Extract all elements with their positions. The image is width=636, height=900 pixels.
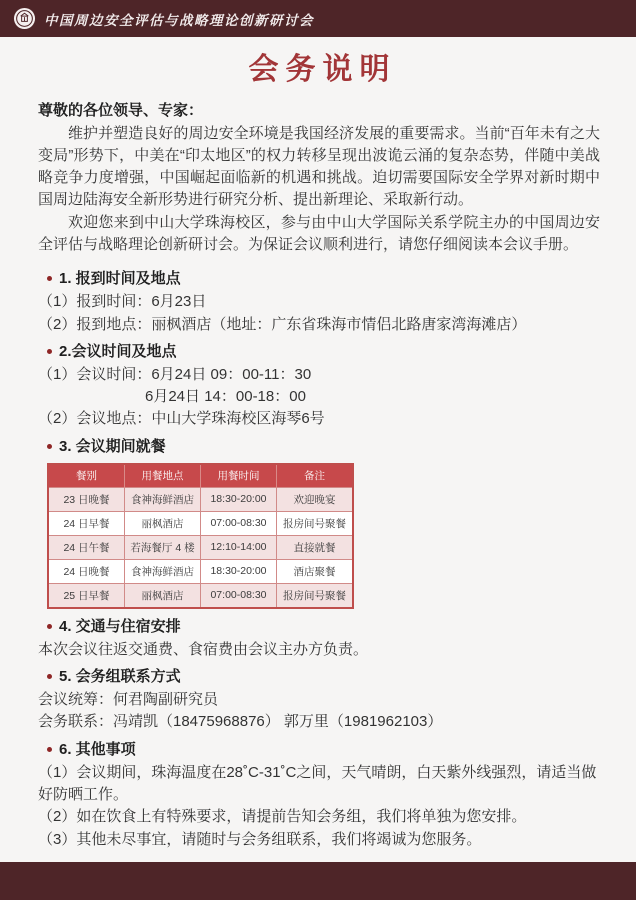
- section-heading-label: 4. 交通与住宿安排: [59, 616, 181, 637]
- section-heading-label: 1. 报到时间及地点: [59, 268, 181, 289]
- bullet-icon: [47, 624, 52, 629]
- section-line: （1）会议时间：6月24日 09：00-11：30: [38, 364, 600, 386]
- table-row: 24 日晚餐 食神海鲜酒店 18:30-20:00 酒店聚餐: [48, 559, 353, 583]
- table-cell: 24 日午餐: [48, 535, 125, 559]
- document-page: 中国周边安全评估与战略理论创新研讨会 会务说明 尊敬的各位领导、专家： 维护并塑…: [0, 0, 636, 900]
- section-heading-label: 6. 其他事项: [59, 739, 136, 760]
- table-header-row: 餐别 用餐地点 用餐时间 备注: [48, 464, 353, 488]
- table-cell: 食神海鲜酒店: [125, 487, 201, 511]
- section-line-continuation: 6月24日 14：00-18：00: [38, 386, 600, 408]
- table-row: 23 日晚餐 食神海鲜酒店 18:30-20:00 欢迎晚宴: [48, 487, 353, 511]
- table-cell: 24 日晚餐: [48, 559, 125, 583]
- intro-paragraph-2: 欢迎您来到中山大学珠海校区，参与由中山大学国际关系学院主办的中国周边安全评估与战…: [38, 212, 600, 257]
- meal-schedule-table: 餐别 用餐地点 用餐时间 备注 23 日晚餐 食神海鲜酒店 18:30-20:0…: [47, 463, 354, 609]
- footer-bar: [0, 862, 636, 900]
- section-heading-5: 5. 会务组联系方式: [38, 666, 600, 687]
- bullet-icon: [47, 349, 52, 354]
- table-cell: 报房间号聚餐: [277, 511, 354, 535]
- table-row: 24 日早餐 丽枫酒店 07:00-08:30 报房间号聚餐: [48, 511, 353, 535]
- table-cell: 酒店聚餐: [277, 559, 354, 583]
- bullet-icon: [47, 444, 52, 449]
- document-body: 会务说明 尊敬的各位领导、专家： 维护并塑造良好的周边安全环境是我国经济发展的重…: [0, 37, 636, 862]
- table-header-cell: 备注: [277, 464, 354, 488]
- table-cell: 07:00-08:30: [201, 583, 277, 608]
- table-cell: 18:30-20:00: [201, 487, 277, 511]
- section-heading-3: 3. 会议期间就餐: [38, 436, 600, 457]
- table-cell: 丽枫酒店: [125, 511, 201, 535]
- section-line: 本次会议往返交通费、食宿费由会议主办方负责。: [38, 639, 600, 661]
- section-line-contacts: 会务联系：冯靖凯（18475968876） 郭万里（1981962103）: [38, 711, 600, 733]
- section-heading-label: 3. 会议期间就餐: [59, 436, 166, 457]
- header-conference-title: 中国周边安全评估与战略理论创新研讨会: [44, 9, 314, 29]
- bullet-icon: [47, 276, 52, 281]
- table-cell: 欢迎晚宴: [277, 487, 354, 511]
- section-line: （3）其他未尽事宜，请随时与会务组联系，我们将竭诚为您服务。: [38, 829, 600, 851]
- table-cell: 25 日早餐: [48, 583, 125, 608]
- section-heading-6: 6. 其他事项: [38, 739, 600, 760]
- table-cell: 12:10-14:00: [201, 535, 277, 559]
- section-line: （2）报到地点：丽枫酒店（地址：广东省珠海市情侣北路唐家湾海滩店）: [38, 314, 600, 336]
- table-header-cell: 餐别: [48, 464, 125, 488]
- intro-paragraph-1: 维护并塑造良好的周边安全环境是我国经济发展的重要需求。当前“百年未有之大变局”形…: [38, 123, 600, 212]
- table-cell: 食神海鲜酒店: [125, 559, 201, 583]
- section-heading-2: 2.会议时间及地点: [38, 341, 600, 362]
- section-heading-1: 1. 报到时间及地点: [38, 268, 600, 289]
- table-header-cell: 用餐地点: [125, 464, 201, 488]
- bullet-icon: [47, 674, 52, 679]
- table-cell: 报房间号聚餐: [277, 583, 354, 608]
- bullet-icon: [47, 747, 52, 752]
- table-cell: 07:00-08:30: [201, 511, 277, 535]
- section-heading-label: 5. 会务组联系方式: [59, 666, 181, 687]
- table-row: 24 日午餐 若海餐厅 4 楼 12:10-14:00 直接就餐: [48, 535, 353, 559]
- section-line: （1）报到时间：6月23日: [38, 291, 600, 313]
- section-heading-label: 2.会议时间及地点: [59, 341, 177, 362]
- table-cell: 24 日早餐: [48, 511, 125, 535]
- app-header: 中国周边安全评估与战略理论创新研讨会: [0, 0, 636, 37]
- university-emblem-icon: [13, 7, 36, 30]
- section-line-coordinator: 会议统筹：何君陶副研究员: [38, 689, 600, 711]
- table-cell: 若海餐厅 4 楼: [125, 535, 201, 559]
- section-line: （1）会议期间，珠海温度在28˚C-31˚C之间，天气晴朗，白天紫外线强烈，请适…: [38, 762, 600, 807]
- greeting-line: 尊敬的各位领导、专家：: [38, 100, 600, 122]
- table-cell: 23 日晚餐: [48, 487, 125, 511]
- table-cell: 直接就餐: [277, 535, 354, 559]
- table-cell: 18:30-20:00: [201, 559, 277, 583]
- table-cell: 丽枫酒店: [125, 583, 201, 608]
- table-header-cell: 用餐时间: [201, 464, 277, 488]
- sections-container: 1. 报到时间及地点 （1）报到时间：6月23日 （2）报到地点：丽枫酒店（地址…: [38, 268, 600, 851]
- section-line: （2）会议地点：中山大学珠海校区海琴6号: [38, 408, 600, 430]
- section-heading-4: 4. 交通与住宿安排: [38, 616, 600, 637]
- section-line: （2）如在饮食上有特殊要求，请提前告知会务组，我们将单独为您安排。: [38, 806, 600, 828]
- page-title: 会务说明: [38, 53, 600, 88]
- table-row: 25 日早餐 丽枫酒店 07:00-08:30 报房间号聚餐: [48, 583, 353, 608]
